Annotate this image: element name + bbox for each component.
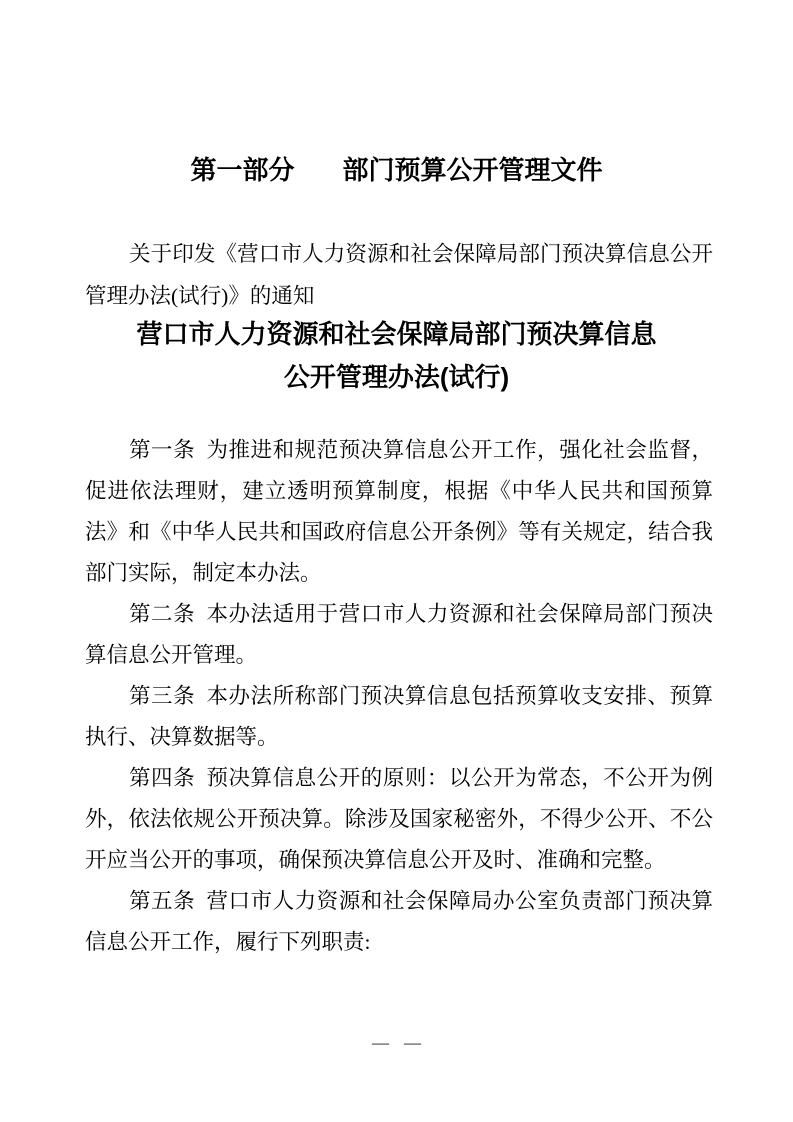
document-title-line2: 公开管理办法(试行) [284,362,509,392]
part-title-number: 第一部分 [190,155,294,185]
article-5: 第五条 营口市人力资源和社会保障局办公室负责部门预决算信息公开工作，履行下列职责… [85,881,713,963]
notice-paragraph: 关于印发《营口市人力资源和社会保障局部门预决算信息公开管理办法(试行)》的通知 [85,233,713,317]
page-number-footer: —— [0,1033,793,1053]
document-title: 营口市人力资源和社会保障局部门预决算信息 公开管理办法(试行) [0,313,793,399]
document-page: 第一部分部门预算公开管理文件 关于印发《营口市人力资源和社会保障局部门预决算信息… [0,0,793,1122]
article-1: 第一条 为推进和规范预决算信息公开工作，强化社会监督，促进依法理财，建立透明预算… [85,430,713,594]
article-4: 第四条 预决算信息公开的原则：以公开为常态，不公开为例外，依法依规公开预决算。除… [85,758,713,881]
article-2: 第二条 本办法适用于营口市人力资源和社会保障局部门预决算信息公开管理。 [85,594,713,676]
footer-dash-left: — [372,1033,389,1052]
part-title-text: 部门预算公开管理文件 [343,155,603,185]
document-body: 第一条 为推进和规范预决算信息公开工作，强化社会监督，促进依法理财，建立透明预算… [85,430,713,963]
article-3: 第三条 本办法所称部门预决算信息包括预算收支安排、预算执行、决算数据等。 [85,676,713,758]
document-title-line1: 营口市人力资源和社会保障局部门预决算信息 [136,319,656,349]
footer-dash-right: — [404,1033,421,1052]
part-title: 第一部分部门预算公开管理文件 [0,153,793,187]
